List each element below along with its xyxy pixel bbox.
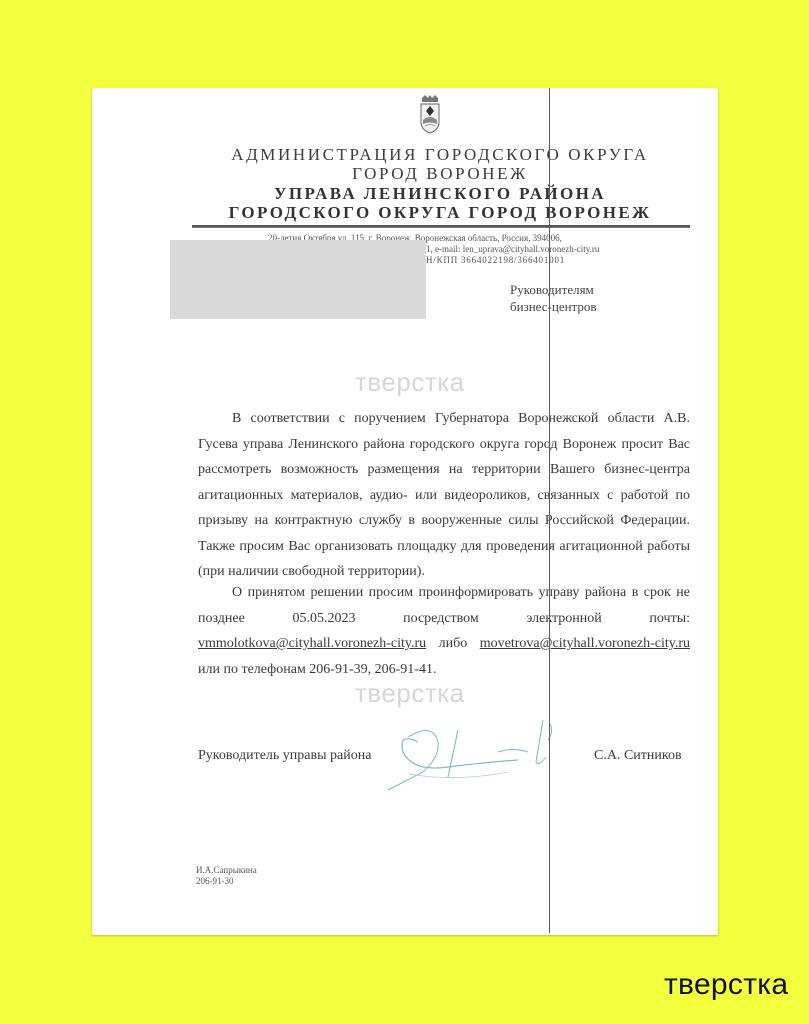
address-line-2: 1, e-mail: len_uprava@cityhall.voronezh-… xyxy=(426,244,599,254)
recipient-block: Руководителям бизнес-центров xyxy=(510,281,597,315)
body-paragraph-1: В соответствии с поручением Губернатора … xyxy=(198,406,690,585)
recipient-line-2: бизнес-центров xyxy=(510,298,597,315)
email-link-2[interactable]: movetrova@cityhall.voronezh-city.ru xyxy=(480,636,690,651)
executor-block: И.А.Сапрыкина 206-91-30 xyxy=(196,865,257,887)
paragraph-2-text: О принятом решении просим проинформирова… xyxy=(198,585,690,626)
body-paragraph-2: О принятом решении просим проинформирова… xyxy=(198,580,690,682)
executor-phone: 206-91-30 xyxy=(196,876,257,887)
signatory-role: Руководитель управы района xyxy=(198,748,371,764)
scan-fold-line xyxy=(549,88,550,933)
handwritten-signature-icon xyxy=(378,712,558,797)
letterhead-line-2: ГОРОД ВОРОНЕЖ xyxy=(190,164,690,184)
executor-name: И.А.Сапрыкина xyxy=(196,865,257,876)
letterhead-line-3: УПРАВА ЛЕНИНСКОГО РАЙОНА xyxy=(190,184,690,204)
letterhead-divider xyxy=(192,225,690,228)
coat-of-arms-icon xyxy=(419,94,441,134)
paragraph-2-phones: или по телефонам 206-91-39, 206-91-41. xyxy=(198,662,436,677)
recipient-line-1: Руководителям xyxy=(510,281,597,298)
redaction-box xyxy=(170,240,426,319)
signatory-name: С.А. Ситников xyxy=(594,748,682,764)
letterhead-line-1: АДМИНИСТРАЦИЯ ГОРОДСКОГО ОКРУГА xyxy=(190,145,690,165)
email-link-1[interactable]: vmmolotkova@cityhall.voronezh-city.ru xyxy=(198,636,426,651)
watermark-bottom: тверстка xyxy=(355,678,465,709)
paragraph-2-or: либо xyxy=(426,636,480,651)
brand-logo: тверстка xyxy=(664,968,788,1002)
letterhead-line-4: ГОРОДСКОГО ОКРУГА ГОРОД ВОРОНЕЖ xyxy=(190,203,690,223)
address-line-3: Н/КПП 3664022198/366401001 xyxy=(426,255,565,265)
watermark-top: тверстка xyxy=(355,367,465,398)
